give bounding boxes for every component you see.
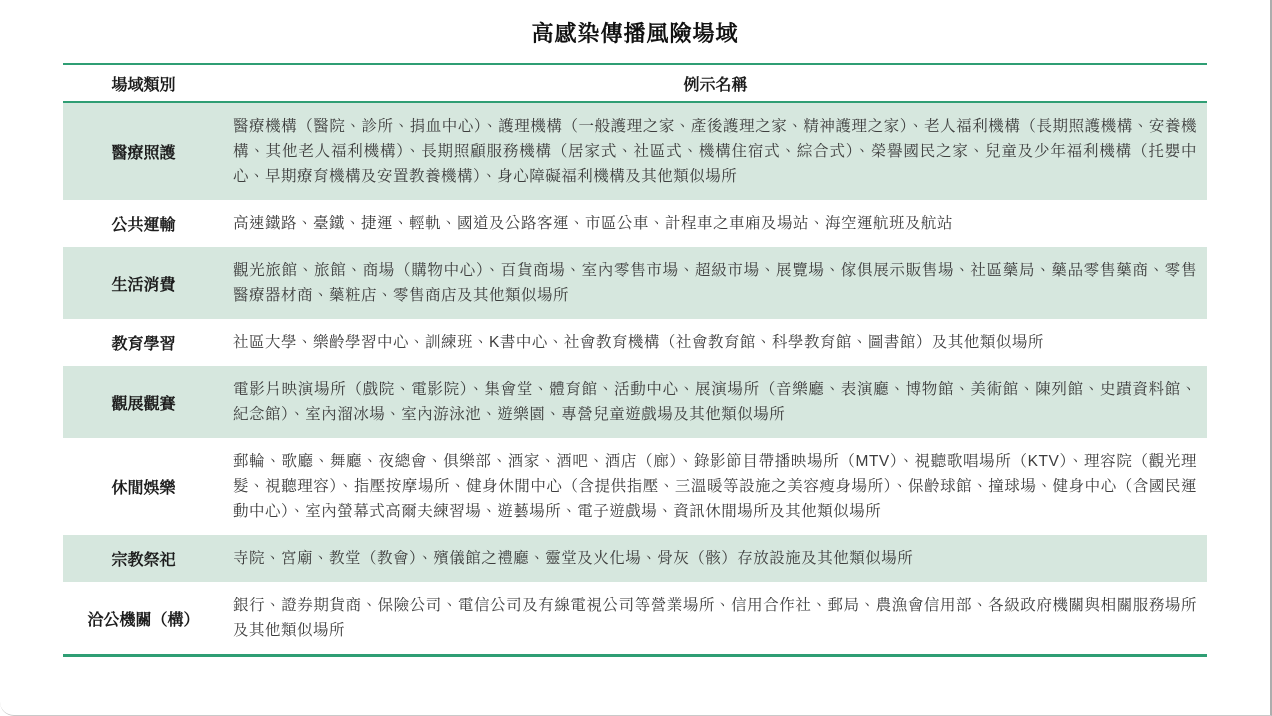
table-row-public-transport: 公共運輸 高速鐵路、臺鐵、捷運、輕軌、國道及公路客運、市區公車、計程車之車廂及場… xyxy=(63,200,1207,247)
examples-cell: 銀行、證券期貨商、保險公司、電信公司及有線電視公司等營業場所、信用合作社、郵局、… xyxy=(224,582,1207,654)
category-cell: 休閒娛樂 xyxy=(63,438,224,535)
category-cell: 醫療照護 xyxy=(63,103,224,200)
table-row-education-learning: 教育學習 社區大學、樂齡學習中心、訓練班、K書中心、社會教育機構（社會教育館、科… xyxy=(63,319,1207,366)
table-row-religious-rites: 宗教祭祀 寺院、宮廟、教堂（教會）、殯儀館之禮廳、靈堂及火化場、骨灰（骸）存放設… xyxy=(63,535,1207,582)
category-cell: 洽公機關（構） xyxy=(63,582,224,654)
header-category: 場域類別 xyxy=(63,72,224,95)
table-row-leisure-entertainment: 休閒娛樂 郵輪、歌廳、舞廳、夜總會、俱樂部、酒家、酒吧、酒店（廊）、錄影節目帶播… xyxy=(63,438,1207,535)
examples-cell: 高速鐵路、臺鐵、捷運、輕軌、國道及公路客運、市區公車、計程車之車廂及場站、海空運… xyxy=(224,200,1207,247)
risk-venues-table: 場域類別 例示名稱 醫療照護 醫療機構（醫院、診所、捐血中心）、護理機構（一般護… xyxy=(63,63,1207,657)
category-cell: 觀展觀賽 xyxy=(63,366,224,438)
category-cell: 教育學習 xyxy=(63,319,224,366)
examples-cell: 醫療機構（醫院、診所、捐血中心）、護理機構（一般護理之家、產後護理之家、精神護理… xyxy=(224,103,1207,200)
table-row-public-agencies: 洽公機關（構） 銀行、證券期貨商、保險公司、電信公司及有線電視公司等營業場所、信… xyxy=(63,582,1207,654)
category-cell: 宗教祭祀 xyxy=(63,535,224,582)
examples-cell: 社區大學、樂齡學習中心、訓練班、K書中心、社會教育機構（社會教育館、科學教育館、… xyxy=(224,319,1207,366)
table-row-medical-care: 醫療照護 醫療機構（醫院、診所、捐血中心）、護理機構（一般護理之家、產後護理之家… xyxy=(63,103,1207,200)
category-cell: 生活消費 xyxy=(63,247,224,319)
table-row-daily-consumption: 生活消費 觀光旅館、旅館、商場（購物中心）、百貨商場、室內零售市場、超級市場、展… xyxy=(63,247,1207,319)
document-page: 高感染傳播風險場域 場域類別 例示名稱 醫療照護 醫療機構（醫院、診所、捐血中心… xyxy=(0,0,1272,716)
examples-cell: 電影片映演場所（戲院、電影院）、集會堂、體育館、活動中心、展演場所（音樂廳、表演… xyxy=(224,366,1207,438)
category-cell: 公共運輸 xyxy=(63,200,224,247)
table-row-exhibitions-sports: 觀展觀賽 電影片映演場所（戲院、電影院）、集會堂、體育館、活動中心、展演場所（音… xyxy=(63,366,1207,438)
examples-cell: 觀光旅館、旅館、商場（購物中心）、百貨商場、室內零售市場、超級市場、展覽場、傢俱… xyxy=(224,247,1207,319)
page-title: 高感染傳播風險場域 xyxy=(0,0,1270,48)
examples-cell: 郵輪、歌廳、舞廳、夜總會、俱樂部、酒家、酒吧、酒店（廊）、錄影節目帶播映場所（M… xyxy=(224,438,1207,535)
table-header-row: 場域類別 例示名稱 xyxy=(63,65,1207,103)
examples-cell: 寺院、宮廟、教堂（教會）、殯儀館之禮廳、靈堂及火化場、骨灰（骸）存放設施及其他類… xyxy=(224,535,1207,582)
header-examples: 例示名稱 xyxy=(224,72,1207,95)
